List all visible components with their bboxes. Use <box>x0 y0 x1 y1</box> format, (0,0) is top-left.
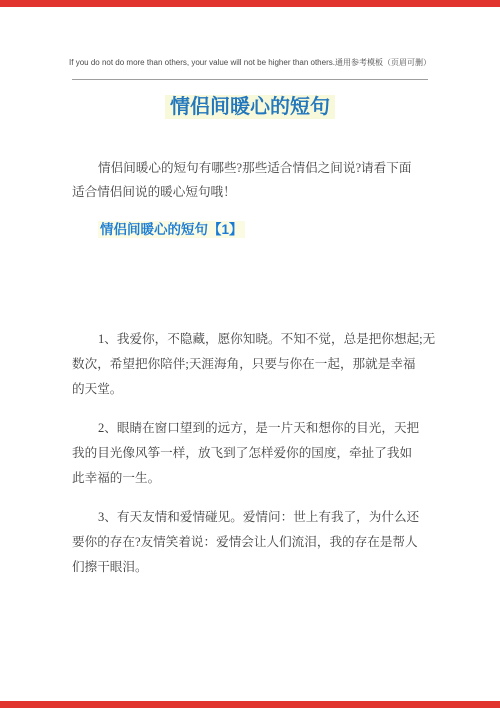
section-heading-text: 情侣间暖心的短句【1】 <box>98 221 245 238</box>
section-heading: 情侣间暖心的短句【1】 <box>98 221 500 239</box>
page-header-text: If you do not do more than others, your … <box>0 57 500 69</box>
body-content: 1、我爱你，不隐藏，愿你知晓。不知不觉，总是把你想起;无 数次，希望把你陪伴;天… <box>0 327 500 580</box>
body-paragraph-1: 1、我爱你，不隐藏，愿你知晓。不知不觉，总是把你想起;无 数次，希望把你陪伴;天… <box>0 327 444 402</box>
page-title-text: 情侣间暖心的短句 <box>165 95 335 119</box>
intro-paragraph: 情侣间暖心的短句有哪些?那些适合情侣之间说?请看下面 适合情侣间说的暖心短句哦！ <box>0 156 444 204</box>
header-divider <box>72 79 428 80</box>
page-title: 情侣间暖心的短句 <box>0 94 500 121</box>
document-page: If you do not do more than others, your … <box>0 0 500 580</box>
body-paragraph-3: 3、有天友情和爱情碰见。爱情问：世上有我了，为什么还 要你的存在?友情笑着说：爱… <box>0 505 444 580</box>
bottom-accent-bar <box>0 701 500 708</box>
body-paragraph-2: 2、眼睛在窗口望到的远方，是一片天和想你的目光，天把 我的目光像风筝一样，放飞到… <box>0 416 444 491</box>
top-accent-bar <box>0 0 500 7</box>
